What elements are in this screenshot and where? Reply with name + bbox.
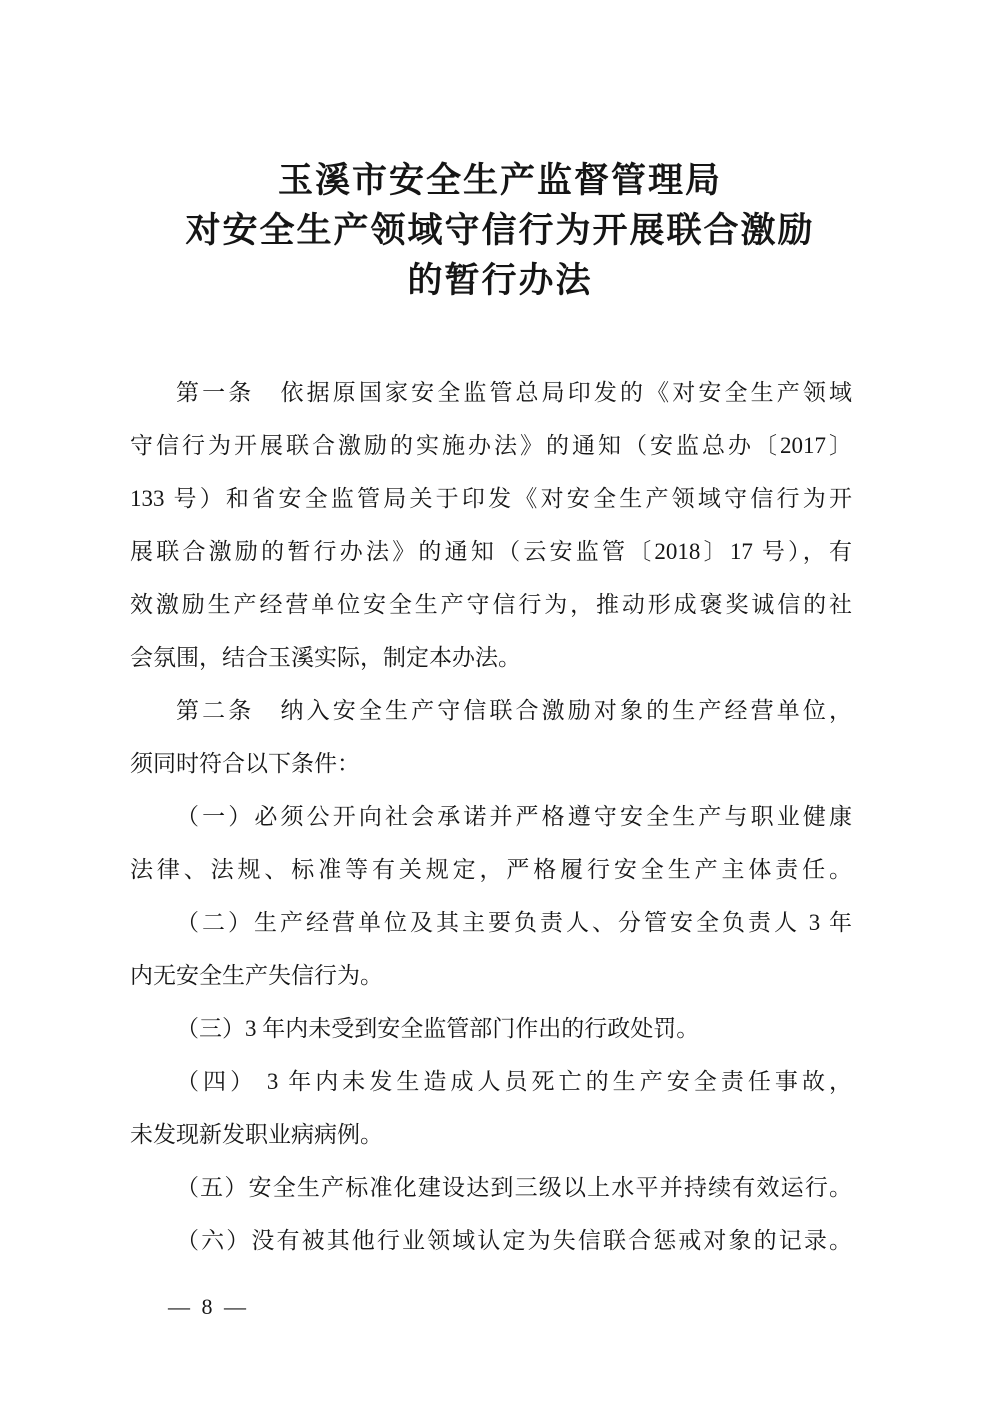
document-body: 第一条 依据原国家安全监管总局印发的《对安全生产领域守信行为开展联合激励的实施办… — [130, 366, 852, 1267]
paragraph-item-2: （二）生产经营单位及其主要负责人、分管安全负责人 3 年内无安全生产失信行为。 — [130, 896, 852, 1002]
body-line: 展联合激励的暂行办法》的通知（云安监管〔2018〕17 号），有 — [130, 525, 852, 578]
document-page: 玉溪市安全生产监督管理局 对安全生产领域守信行为开展联合激励 的暂行办法 第一条… — [0, 0, 1000, 1414]
title-line-2: 对安全生产领域守信行为开展联合激励 — [0, 206, 1000, 256]
body-line: 第二条 纳入安全生产守信联合激励对象的生产经营单位， — [130, 684, 852, 737]
paragraph-item-1: （一）必须公开向社会承诺并严格遵守安全生产与职业健康法律、法规、标准等有关规定，… — [130, 790, 852, 896]
title-line-1: 玉溪市安全生产监督管理局 — [0, 156, 1000, 206]
body-line: 未发现新发职业病病例。 — [130, 1108, 852, 1161]
paragraph-item-3: （三）3 年内未受到安全监管部门作出的行政处罚。 — [130, 1002, 852, 1055]
paragraph-item-4: （四） 3 年内未发生造成人员死亡的生产安全责任事故，未发现新发职业病病例。 — [130, 1055, 852, 1161]
body-line: 内无安全生产失信行为。 — [130, 949, 852, 1002]
body-line: （三）3 年内未受到安全监管部门作出的行政处罚。 — [130, 1002, 852, 1055]
page-number: — 8 — — [168, 1293, 249, 1321]
paragraph-item-6: （六）没有被其他行业领域认定为失信联合惩戒对象的记录。 — [130, 1214, 852, 1267]
document-title: 玉溪市安全生产监督管理局 对安全生产领域守信行为开展联合激励 的暂行办法 — [0, 156, 1000, 306]
body-line: （四） 3 年内未发生造成人员死亡的生产安全责任事故， — [130, 1055, 852, 1108]
body-line: （二）生产经营单位及其主要负责人、分管安全负责人 3 年 — [130, 896, 852, 949]
body-line: 会氛围，结合玉溪实际，制定本办法。 — [130, 631, 852, 684]
body-line: 须同时符合以下条件： — [130, 737, 852, 790]
paragraph-item-5: （五）安全生产标准化建设达到三级以上水平并持续有效运行。 — [130, 1161, 852, 1214]
title-line-3: 的暂行办法 — [0, 256, 1000, 306]
body-line: 法律、法规、标准等有关规定，严格履行安全生产主体责任。 — [130, 843, 852, 896]
body-line: （五）安全生产标准化建设达到三级以上水平并持续有效运行。 — [130, 1161, 852, 1214]
body-line: 守信行为开展联合激励的实施办法》的通知（安监总办〔2017〕 — [130, 419, 852, 472]
body-line: 133 号）和省安全监管局关于印发《对安全生产领域守信行为开 — [130, 472, 852, 525]
paragraph-article-1: 第一条 依据原国家安全监管总局印发的《对安全生产领域守信行为开展联合激励的实施办… — [130, 366, 852, 684]
body-line: （六）没有被其他行业领域认定为失信联合惩戒对象的记录。 — [130, 1214, 852, 1267]
body-line: （一）必须公开向社会承诺并严格遵守安全生产与职业健康 — [130, 790, 852, 843]
body-line: 效激励生产经营单位安全生产守信行为，推动形成褒奖诚信的社 — [130, 578, 852, 631]
paragraph-article-2: 第二条 纳入安全生产守信联合激励对象的生产经营单位，须同时符合以下条件： — [130, 684, 852, 790]
body-line: 第一条 依据原国家安全监管总局印发的《对安全生产领域 — [130, 366, 852, 419]
